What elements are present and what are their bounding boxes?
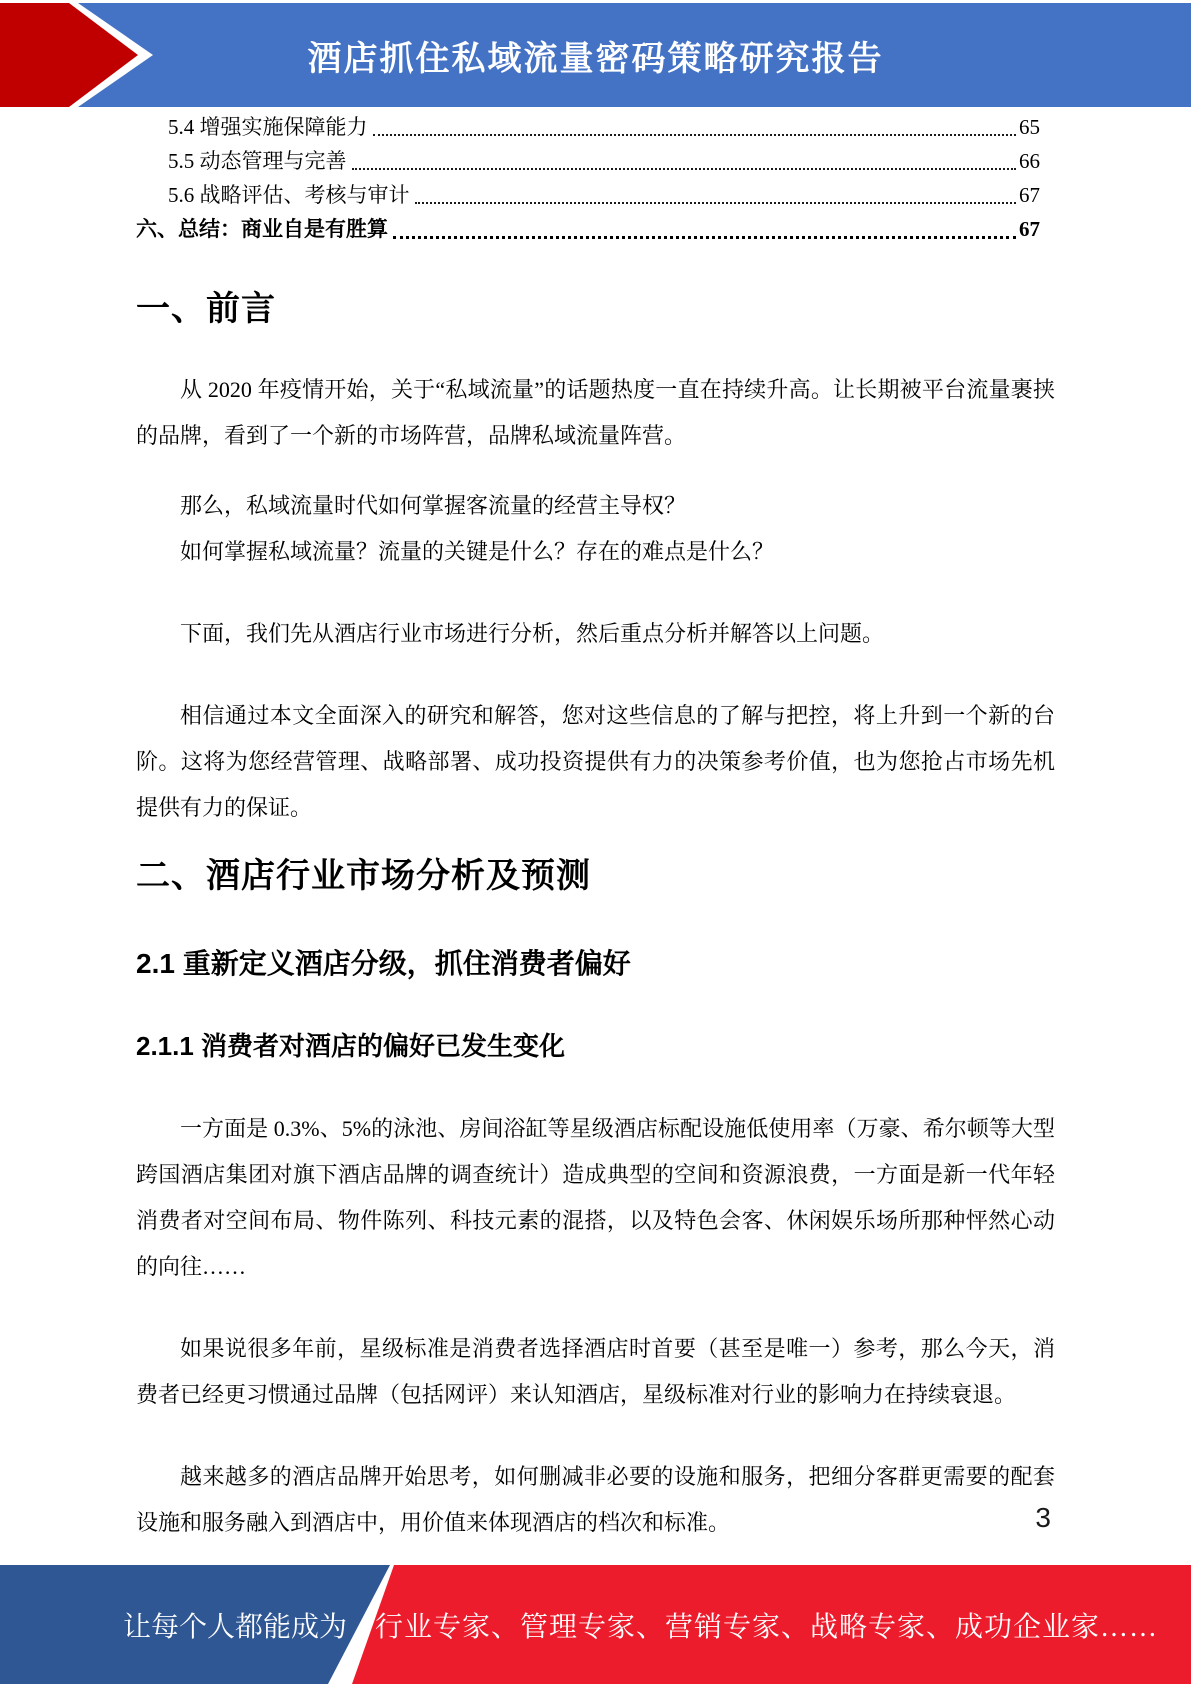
toc-entry-page: 65 — [1019, 110, 1040, 144]
page-number: 3 — [1035, 1502, 1051, 1534]
toc-dot-leader — [393, 236, 1016, 239]
question-line: 那么，私域流量时代如何掌握客流量的经营主导权？ — [136, 483, 1055, 529]
toc-entry-label: 5.4 增强实施保障能力 — [168, 110, 368, 144]
toc-entry-label: 六、总结：商业自是有胜算 — [136, 212, 388, 246]
table-of-contents: 5.4 增强实施保障能力 65 5.5 动态管理与完善 66 5.6 战略评估、… — [136, 110, 1055, 246]
paragraph: 一方面是 0.3%、5%的泳池、房间浴缸等星级酒店标配设施低使用率（万豪、希尔顿… — [136, 1106, 1055, 1290]
heading-chapter-2: 二、酒店行业市场分析及预测 — [136, 857, 1055, 896]
question-line: 如何掌握私域流量？流量的关键是什么？存在的难点是什么？ — [136, 529, 1055, 575]
paragraph: 下面，我们先从酒店行业市场进行分析，然后重点分析并解答以上问题。 — [136, 611, 1055, 657]
toc-entry: 5.5 动态管理与完善 66 — [136, 144, 1040, 178]
question-lines: 那么，私域流量时代如何掌握客流量的经营主导权？ 如何掌握私域流量？流量的关键是什… — [136, 483, 1055, 575]
toc-entry: 六、总结：商业自是有胜算 67 — [136, 212, 1040, 246]
page-footer: 让每个人都能成为 行业专家、管理专家、营销专家、战略专家、成功企业家…… — [0, 1565, 1191, 1684]
toc-entry-page: 67 — [1019, 178, 1040, 212]
toc-entry-label: 5.6 战略评估、考核与审计 — [168, 178, 410, 212]
toc-entry-page: 66 — [1019, 144, 1040, 178]
toc-entry: 5.4 增强实施保障能力 65 — [136, 110, 1040, 144]
heading-section-2-1: 2.1 重新定义酒店分级，抓住消费者偏好 — [136, 948, 1055, 980]
footer-slogan-left: 让每个人都能成为 — [0, 1565, 355, 1684]
document-body: 5.4 增强实施保障能力 65 5.5 动态管理与完善 66 5.6 战略评估、… — [136, 110, 1055, 1546]
report-title: 酒店抓住私域流量密码策略研究报告 — [0, 3, 1191, 107]
paragraph: 从 2020 年疫情开始，关于“私域流量”的话题热度一直在持续升高。让长期被平台… — [136, 367, 1055, 459]
footer-slogan-right: 行业专家、管理专家、营销专家、战略专家、成功企业家…… — [375, 1565, 1158, 1684]
toc-dot-leader — [373, 134, 1017, 136]
toc-entry-page: 67 — [1019, 212, 1040, 246]
toc-dot-leader — [352, 168, 1017, 170]
report-page: 酒店抓住私域流量密码策略研究报告 5.4 增强实施保障能力 65 5.5 动态管… — [0, 0, 1191, 1684]
toc-dot-leader — [415, 202, 1017, 204]
paragraph: 如果说很多年前，星级标准是消费者选择酒店时首要（甚至是唯一）参考，那么今天，消费… — [136, 1326, 1055, 1418]
toc-entry: 5.6 战略评估、考核与审计 67 — [136, 178, 1040, 212]
heading-section-2-1-1: 2.1.1 消费者对酒店的偏好已发生变化 — [136, 1032, 1055, 1062]
paragraph: 相信通过本文全面深入的研究和解答，您对这些信息的了解与把控，将上升到一个新的台阶… — [136, 693, 1055, 831]
page-header: 酒店抓住私域流量密码策略研究报告 — [0, 3, 1191, 107]
heading-chapter-1: 一、前言 — [136, 290, 1055, 329]
paragraph: 越来越多的酒店品牌开始思考，如何删减非必要的设施和服务，把细分客群更需要的配套设… — [136, 1454, 1055, 1546]
toc-entry-label: 5.5 动态管理与完善 — [168, 144, 347, 178]
